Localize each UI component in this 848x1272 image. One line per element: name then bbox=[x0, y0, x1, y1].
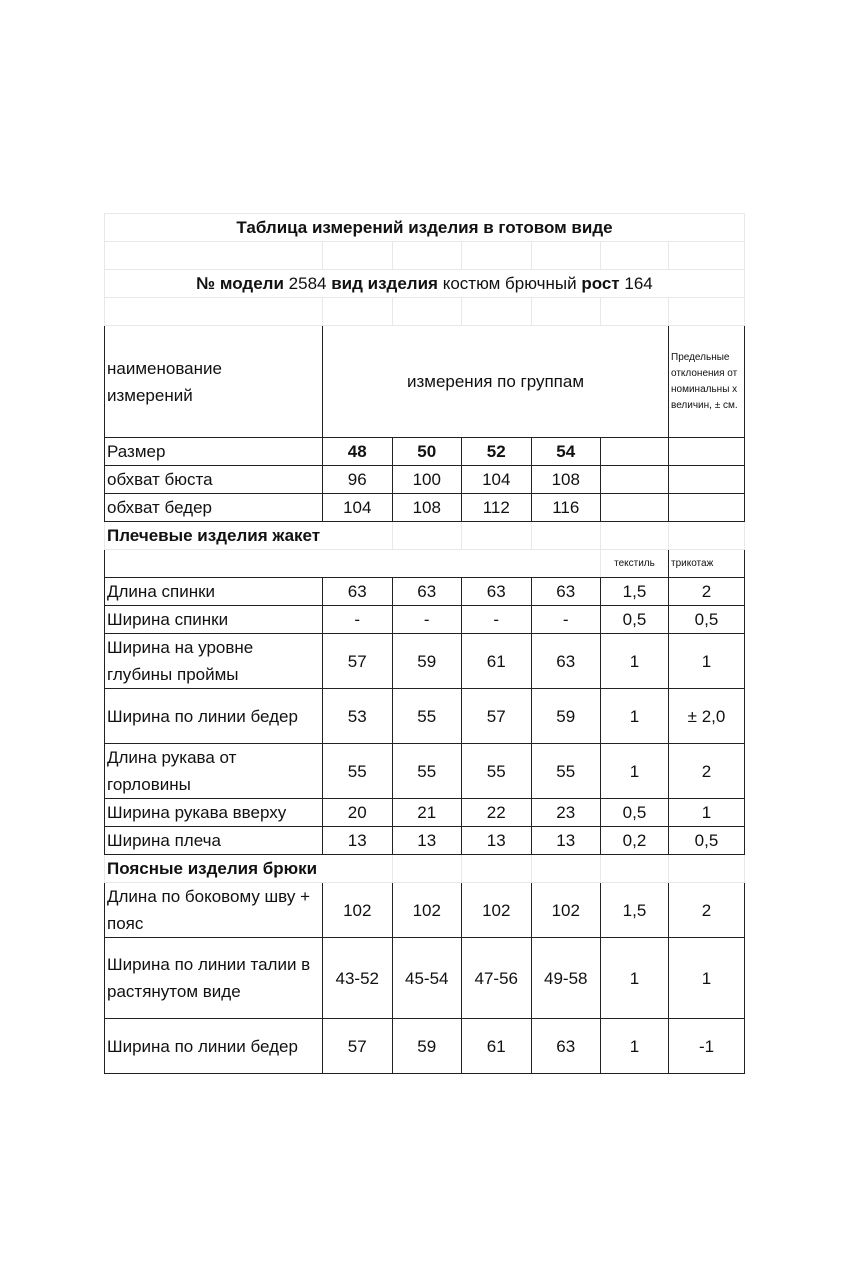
size-48: 48 bbox=[323, 438, 393, 466]
cell: 100 bbox=[392, 466, 462, 494]
cell: - bbox=[531, 606, 601, 634]
tol-cell: 1 bbox=[669, 938, 745, 1019]
table-row: Ширина рукава вверху 20 21 22 23 0,5 1 bbox=[105, 799, 745, 827]
cell: 53 bbox=[323, 689, 393, 744]
model-label: № модели bbox=[196, 274, 284, 293]
tol-cell: 1,5 bbox=[601, 578, 669, 606]
cell: 63 bbox=[531, 578, 601, 606]
row-label: Ширина спинки bbox=[105, 606, 323, 634]
size-row: Размер 48 50 52 54 bbox=[105, 438, 745, 466]
cell: 55 bbox=[462, 744, 532, 799]
measurement-sheet: Таблица измерений изделия в готовом виде… bbox=[104, 213, 744, 1074]
cell: 13 bbox=[392, 827, 462, 855]
header-groups: измерения по группам bbox=[323, 326, 669, 438]
tol-cell: 1 bbox=[601, 689, 669, 744]
cell: 13 bbox=[531, 827, 601, 855]
table-row: обхват бюста 96 100 104 108 bbox=[105, 466, 745, 494]
cell: - bbox=[462, 606, 532, 634]
cell: 55 bbox=[392, 744, 462, 799]
tol-cell: 0,2 bbox=[601, 827, 669, 855]
row-label: обхват бедер bbox=[105, 494, 323, 522]
cell: 21 bbox=[392, 799, 462, 827]
tol-cell: 0,5 bbox=[669, 827, 745, 855]
tol-cell: 1 bbox=[669, 799, 745, 827]
cell: 112 bbox=[462, 494, 532, 522]
tol-cell: 2 bbox=[669, 578, 745, 606]
row-label: Ширина рукава вверху bbox=[105, 799, 323, 827]
type-value: костюм брючный bbox=[443, 274, 577, 293]
table-row: Длина спинки 63 63 63 63 1,5 2 bbox=[105, 578, 745, 606]
tol-cell: 2 bbox=[669, 883, 745, 938]
cell: 102 bbox=[462, 883, 532, 938]
tolerance-textile-header: текстиль bbox=[601, 550, 669, 578]
cell: 55 bbox=[531, 744, 601, 799]
section-title-jacket: Плечевые изделия жакет bbox=[105, 522, 393, 550]
row-label: Ширина по линии талии в растянутом виде bbox=[105, 938, 323, 1019]
cell: 45-54 bbox=[392, 938, 462, 1019]
measurement-table: Таблица измерений изделия в готовом виде… bbox=[104, 213, 745, 1074]
cell: 102 bbox=[392, 883, 462, 938]
height-value: 164 bbox=[624, 274, 652, 293]
cell: 63 bbox=[392, 578, 462, 606]
header-tolerance: Предельные отклонения от номинальны х ве… bbox=[669, 326, 745, 438]
row-label: Длина спинки bbox=[105, 578, 323, 606]
table-row: Длина по боковому шву + пояс 102 102 102… bbox=[105, 883, 745, 938]
cell: 57 bbox=[323, 634, 393, 689]
tolerance-knit-header: трикотаж bbox=[669, 550, 745, 578]
cell: 59 bbox=[392, 1019, 462, 1074]
row-label: Ширина плеча bbox=[105, 827, 323, 855]
size-label: Размер bbox=[105, 438, 323, 466]
cell: 22 bbox=[462, 799, 532, 827]
cell: 57 bbox=[462, 689, 532, 744]
row-label: Длина рукава от горловины bbox=[105, 744, 323, 799]
tol-cell: 0,5 bbox=[669, 606, 745, 634]
row-label: обхват бюста bbox=[105, 466, 323, 494]
cell: 63 bbox=[531, 1019, 601, 1074]
cell: 13 bbox=[462, 827, 532, 855]
cell: 23 bbox=[531, 799, 601, 827]
tol-cell: ± 2,0 bbox=[669, 689, 745, 744]
cell: 20 bbox=[323, 799, 393, 827]
cell: 108 bbox=[531, 466, 601, 494]
cell: 13 bbox=[323, 827, 393, 855]
type-label: вид изделия bbox=[331, 274, 438, 293]
cell: 61 bbox=[462, 1019, 532, 1074]
size-54: 54 bbox=[531, 438, 601, 466]
table-row: обхват бедер 104 108 112 116 bbox=[105, 494, 745, 522]
size-52: 52 bbox=[462, 438, 532, 466]
row-label: Ширина по линии бедер bbox=[105, 689, 323, 744]
table-row: Ширина плеча 13 13 13 13 0,2 0,5 bbox=[105, 827, 745, 855]
tol-cell: 1 bbox=[601, 938, 669, 1019]
tol-cell: 1,5 bbox=[601, 883, 669, 938]
height-label: рост bbox=[581, 274, 619, 293]
tol-cell: 0,5 bbox=[601, 799, 669, 827]
table-row: Длина рукава от горловины 55 55 55 55 1 … bbox=[105, 744, 745, 799]
tol-cell: 1 bbox=[601, 1019, 669, 1074]
header-name: наименование измерений bbox=[105, 326, 323, 438]
cell: 61 bbox=[462, 634, 532, 689]
cell: 104 bbox=[462, 466, 532, 494]
tol-cell: 0,5 bbox=[601, 606, 669, 634]
cell: 96 bbox=[323, 466, 393, 494]
cell: 59 bbox=[392, 634, 462, 689]
tol-cell: 1 bbox=[669, 634, 745, 689]
tol-cell: 1 bbox=[601, 634, 669, 689]
row-label: Ширина на уровне глубины проймы bbox=[105, 634, 323, 689]
cell: 57 bbox=[323, 1019, 393, 1074]
tol-cell: 2 bbox=[669, 744, 745, 799]
cell: 59 bbox=[531, 689, 601, 744]
table-title: Таблица измерений изделия в готовом виде bbox=[105, 214, 745, 242]
model-line: № модели 2584 вид изделия костюм брючный… bbox=[105, 270, 745, 298]
cell: 55 bbox=[323, 744, 393, 799]
model-value: 2584 bbox=[289, 274, 327, 293]
cell: 63 bbox=[323, 578, 393, 606]
row-label: Ширина по линии бедер bbox=[105, 1019, 323, 1074]
table-row: Ширина по линии талии в растянутом виде … bbox=[105, 938, 745, 1019]
cell: 104 bbox=[323, 494, 393, 522]
cell: 108 bbox=[392, 494, 462, 522]
cell: 55 bbox=[392, 689, 462, 744]
tol-cell: 1 bbox=[601, 744, 669, 799]
cell: 102 bbox=[323, 883, 393, 938]
table-row: Ширина на уровне глубины проймы 57 59 61… bbox=[105, 634, 745, 689]
cell: 63 bbox=[462, 578, 532, 606]
cell: 102 bbox=[531, 883, 601, 938]
cell: 47-56 bbox=[462, 938, 532, 1019]
tol-cell: -1 bbox=[669, 1019, 745, 1074]
cell: 49-58 bbox=[531, 938, 601, 1019]
table-row: Ширина по линии бедер 57 59 61 63 1 -1 bbox=[105, 1019, 745, 1074]
cell: 116 bbox=[531, 494, 601, 522]
row-label: Длина по боковому шву + пояс bbox=[105, 883, 323, 938]
table-row: Ширина по линии бедер 53 55 57 59 1 ± 2,… bbox=[105, 689, 745, 744]
section-title-trousers: Поясные изделия брюки bbox=[105, 855, 393, 883]
cell: 43-52 bbox=[323, 938, 393, 1019]
cell: - bbox=[323, 606, 393, 634]
cell: 63 bbox=[531, 634, 601, 689]
size-50: 50 bbox=[392, 438, 462, 466]
table-row: Ширина спинки - - - - 0,5 0,5 bbox=[105, 606, 745, 634]
cell: - bbox=[392, 606, 462, 634]
